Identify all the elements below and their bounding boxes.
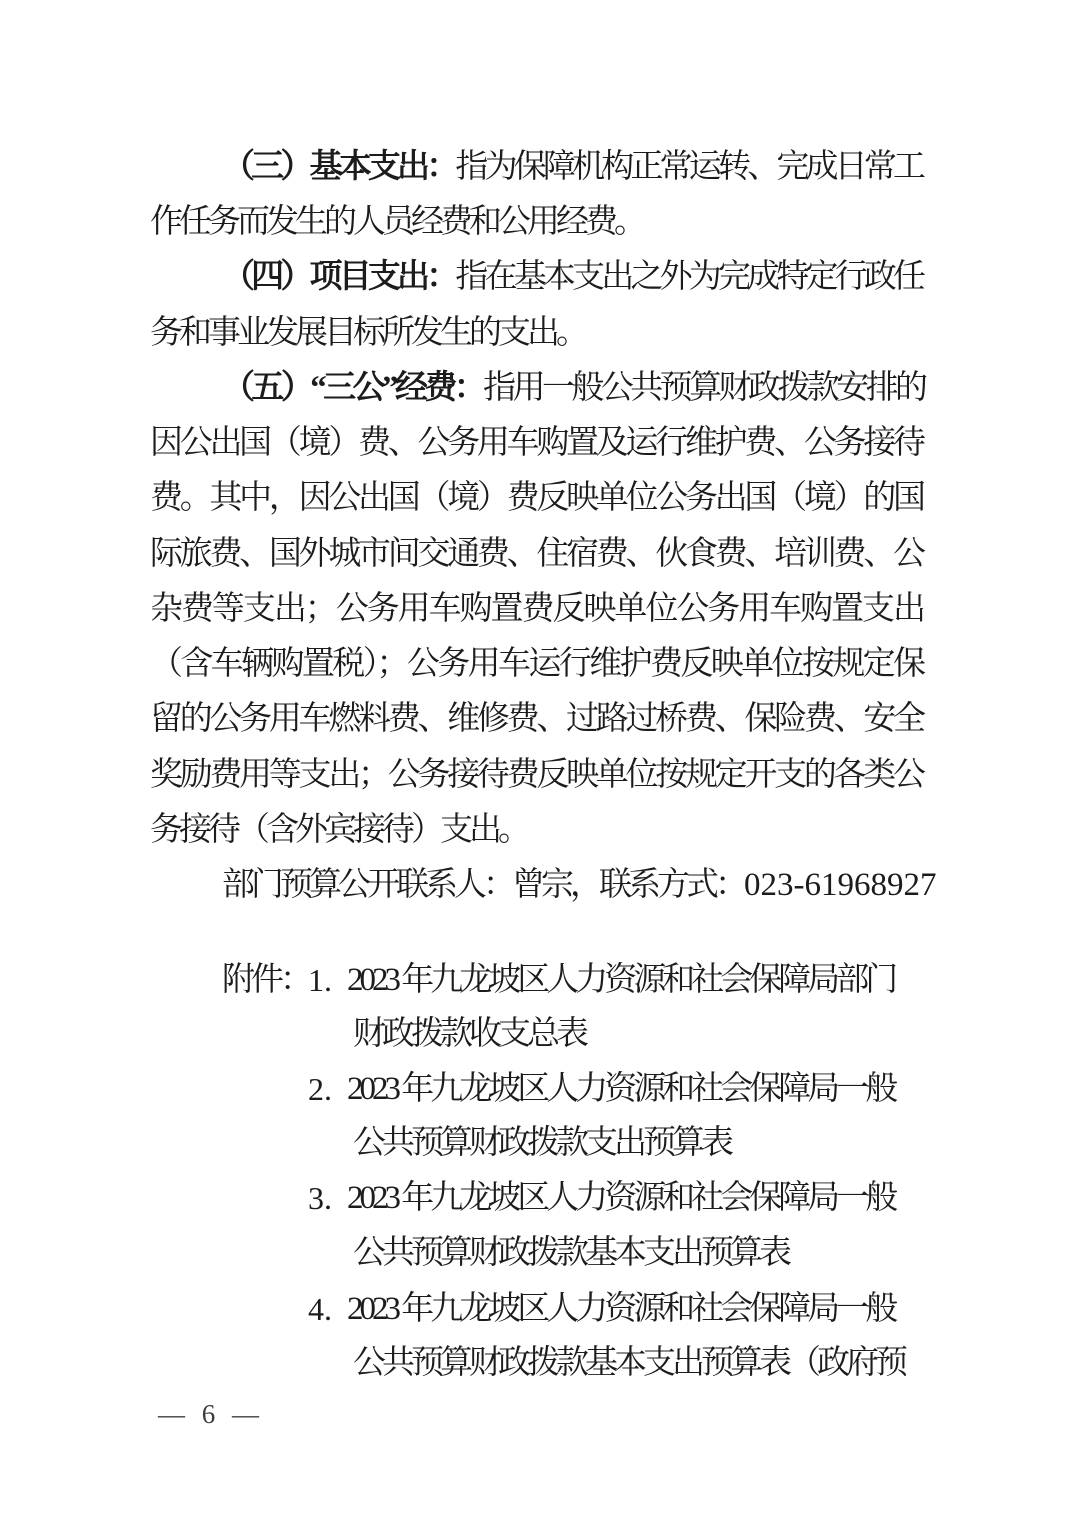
paragraph-line: （五）“三公”经费：指用一般公共预算财政拨款安排的 [150, 367, 922, 409]
paragraph-text: 指在基本支出之外为完成特定行政任 [455, 259, 922, 295]
paragraph-text: （含车辆购置税）；公务用车运行维护费反映单位按规定保 [150, 646, 922, 682]
attachment-item-number: 2. [308, 1068, 332, 1110]
paragraph-line: 务接待（含外宾接待）支出。 [150, 809, 922, 851]
paragraph-text: 指用一般公共预算财政拨款安排的 [483, 370, 922, 406]
attachment-item-text: 公共预算财政拨款支出预算表 [353, 1122, 730, 1164]
document-page: （三）基本支出：指为保障机构正常运转、完成日常工 作任务而发生的人员经费和公用经… [0, 0, 1074, 1520]
attachment-item-number: 3. [308, 1177, 332, 1219]
paragraph-text: 杂费等支出；公务用车购置费反映单位公务用车购置支出 [150, 591, 922, 627]
section-heading: （五）“三公”经费： [222, 370, 483, 406]
paragraph-line: （四）项目支出：指在基本支出之外为完成特定行政任 [150, 256, 922, 298]
attachment-item-number: 1. [308, 959, 332, 1001]
paragraph-text: 务和事业发展目标所发生的支出。 [150, 315, 585, 351]
paragraph-text: 费。其中，因公出国（境）费反映单位公务出国（境）的国 [150, 480, 922, 516]
page-number: — 6 — [158, 1398, 260, 1430]
attachment-item-text: 2023 年九龙坡区人力资源和社会保障局一般 [347, 1177, 894, 1219]
paragraph-text: 作任务而发生的人员经费和公用经费。 [150, 204, 643, 240]
attachment-item-text: 2023 年九龙坡区人力资源和社会保障局一般 [347, 1288, 894, 1330]
paragraph-text: 留的公务用车燃料费、维修费、过路过桥费、保险费、安全 [150, 701, 922, 737]
contact-label: 部门预算公开联系人：曾宗，联系方式： [222, 867, 744, 903]
paragraph-text: 际旅费、国外城市间交通费、住宿费、伙食费、培训费、公 [150, 536, 922, 572]
paragraph-line: 际旅费、国外城市间交通费、住宿费、伙食费、培训费、公 [150, 533, 922, 575]
attachment-item-number: 4. [308, 1288, 332, 1330]
paragraph-line: （含车辆购置税）；公务用车运行维护费反映单位按规定保 [150, 643, 922, 685]
paragraph-line: 作任务而发生的人员经费和公用经费。 [150, 201, 922, 243]
paragraph-line: 务和事业发展目标所发生的支出。 [150, 312, 922, 354]
contact-line: 部门预算公开联系人：曾宗，联系方式：023-61968927 [222, 864, 937, 906]
contact-phone-number: 023-61968927 [744, 867, 937, 903]
paragraph-line: （三）基本支出：指为保障机构正常运转、完成日常工 [150, 146, 922, 188]
paragraph-text: 因公出国（境）费、公务用车购置及运行维护费、公务接待 [150, 425, 922, 461]
paragraph-line: 杂费等支出；公务用车购置费反映单位公务用车购置支出 [150, 588, 922, 630]
paragraph-text: 奖励费用等支出；公务接待费反映单位按规定开支的各类公 [150, 757, 922, 793]
paragraph-line: 奖励费用等支出；公务接待费反映单位按规定开支的各类公 [150, 754, 922, 796]
paragraph-line: 因公出国（境）费、公务用车购置及运行维护费、公务接待 [150, 422, 922, 464]
attachment-item-text: 公共预算财政拨款基本支出预算表（政府预 [353, 1342, 904, 1384]
attachment-item-text: 公共预算财政拨款基本支出预算表 [353, 1232, 788, 1274]
paragraph-line: 留的公务用车燃料费、维修费、过路过桥费、保险费、安全 [150, 698, 922, 740]
attachments-label: 附件： [222, 959, 309, 1001]
section-heading: （三）基本支出： [222, 149, 455, 185]
paragraph-text: 务接待（含外宾接待）支出。 [150, 812, 527, 848]
paragraph-line: 费。其中，因公出国（境）费反映单位公务出国（境）的国 [150, 477, 922, 519]
attachment-item-text: 财政拨款收支总表 [353, 1013, 585, 1055]
section-heading: （四）项目支出： [222, 259, 455, 295]
paragraph-text: 指为保障机构正常运转、完成日常工 [455, 149, 922, 185]
attachment-item-text: 2023 年九龙坡区人力资源和社会保障局一般 [347, 1068, 894, 1110]
attachment-item-text: 2023 年九龙坡区人力资源和社会保障局部门 [347, 959, 894, 1001]
